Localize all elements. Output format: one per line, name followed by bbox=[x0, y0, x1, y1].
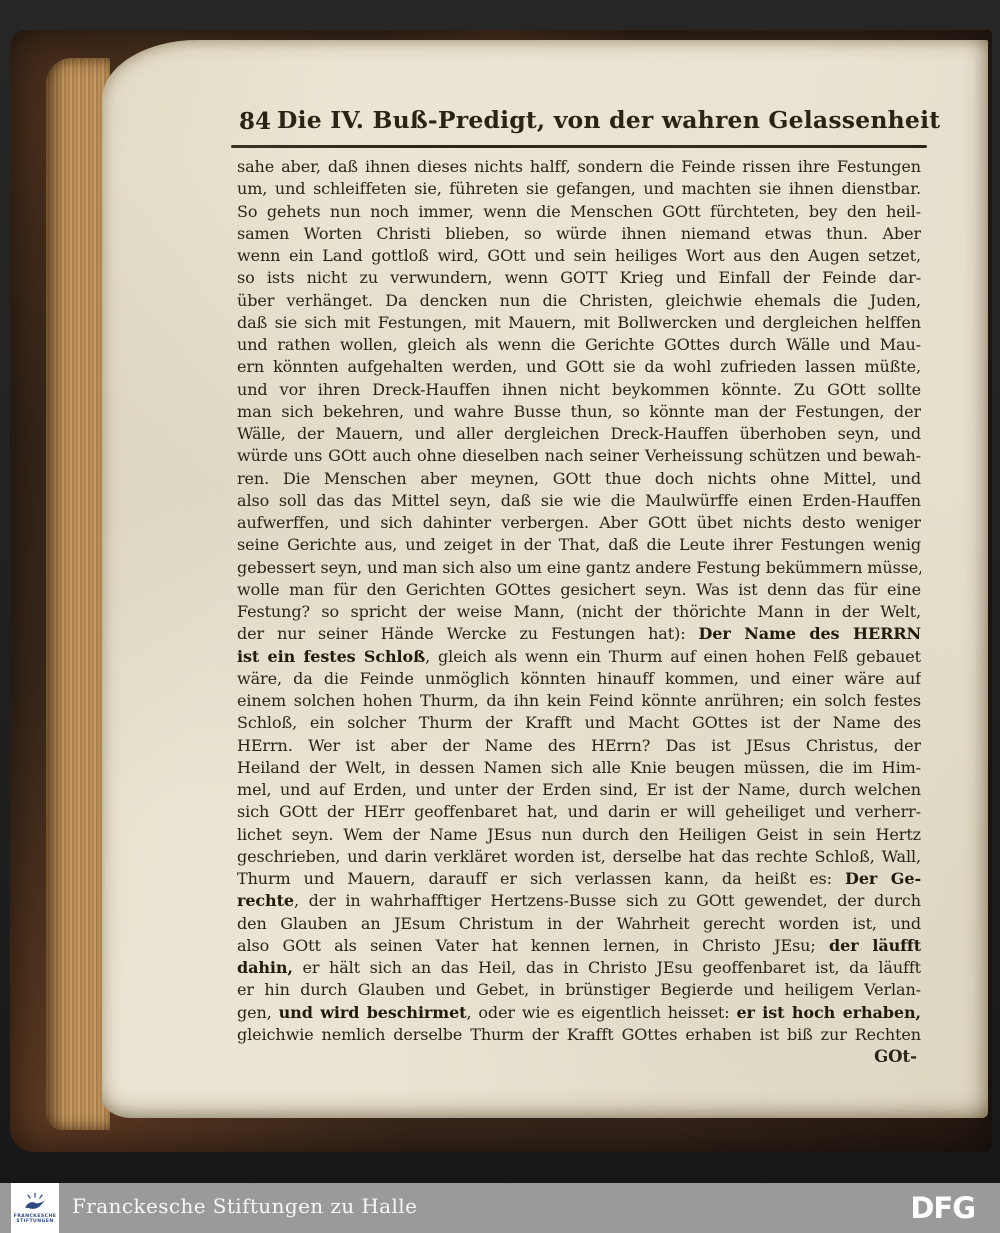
text-line: gen, und wird beschirmet, oder wie es ei… bbox=[237, 1002, 921, 1024]
body-text: daß sie sich mit Festungen, mit Mauern, … bbox=[237, 313, 921, 332]
body-text: wäre, da die Feinde unmöglich könnten hi… bbox=[237, 669, 921, 688]
text-line: lichet seyn. Wem der Name JEsus nun durc… bbox=[237, 824, 921, 846]
body-text: und rathen wollen, gleich als wenn die G… bbox=[237, 335, 921, 354]
text-line: rechte, der in wahrhafftiger Hertzens-Bu… bbox=[237, 890, 921, 912]
text-line: samen Worten Christi blieben, so würde i… bbox=[237, 223, 921, 245]
text-line: er hin durch Glauben und Gebet, in brüns… bbox=[237, 979, 921, 1001]
text-line: also GOtt als seinen Vater hat kennen le… bbox=[237, 935, 921, 957]
text-line: Thurm und Mauern, darauff er sich verlas… bbox=[237, 868, 921, 890]
text-line: Festung? so spricht der weise Mann, (nic… bbox=[237, 601, 921, 623]
text-line: HErrn. Wer ist aber der Name des HErrn? … bbox=[237, 735, 921, 757]
text-line: Wälle, der Mauern, und aller dergleichen… bbox=[237, 423, 921, 445]
body-text: geschrieben, und darin verkläret worden … bbox=[237, 847, 921, 866]
body-text: den Glauben an JEsum Christum in der Wah… bbox=[237, 914, 921, 933]
text-line: sahe aber, daß ihnen dieses nichts halff… bbox=[237, 156, 921, 178]
body-text: der nur seiner Hände Wercke zu Festungen… bbox=[237, 624, 699, 643]
emphasis-text: Der Ge- bbox=[845, 869, 921, 888]
text-line: Heiland der Welt, in dessen Namen sich a… bbox=[237, 757, 921, 779]
library-name-label: Franckesche Stiftungen zu Halle bbox=[72, 1194, 417, 1218]
body-text: Wälle, der Mauern, und aller dergleichen… bbox=[237, 424, 921, 443]
body-text: würde uns GOtt auch ohne dieselben nach … bbox=[237, 446, 921, 465]
franckesche-logo-wordmark: FRANCKESCHE STIFTUNGEN bbox=[14, 1214, 57, 1225]
body-text: Schloß, ein solcher Thurm der Krafft und… bbox=[237, 713, 921, 732]
text-line: daß sie sich mit Festungen, mit Mauern, … bbox=[237, 312, 921, 334]
dfg-logo[interactable]: DFG bbox=[910, 1191, 975, 1225]
text-line: wenn ein Land gottloß wird, GOtt und sei… bbox=[237, 245, 921, 267]
body-text: wenn ein Land gottloß wird, GOtt und sei… bbox=[237, 246, 921, 265]
text-line: der nur seiner Hände Wercke zu Festungen… bbox=[237, 623, 921, 645]
text-line: gleichwie nemlich derselbe Thurm der Kra… bbox=[237, 1024, 921, 1046]
body-text: samen Worten Christi blieben, so würde i… bbox=[237, 224, 921, 243]
body-text: wolle man für den Gerichten GOttes gesic… bbox=[237, 580, 921, 599]
text-line: und rathen wollen, gleich als wenn die G… bbox=[237, 334, 921, 356]
emphasis-text: Der Name des HERRN bbox=[699, 624, 921, 643]
body-text: Festung? so spricht der weise Mann, (nic… bbox=[237, 602, 921, 621]
text-line: mel, und auf Erden, und unter der Erden … bbox=[237, 779, 921, 801]
text-line: würde uns GOtt auch ohne dieselben nach … bbox=[237, 445, 921, 467]
running-head-title: Die IV. Buß-Predigt, von der wahren Gela… bbox=[277, 106, 921, 134]
text-line: ist ein festes Schloß, gleich als wenn e… bbox=[237, 646, 921, 668]
body-text: also soll das das Mittel seyn, daß sie w… bbox=[237, 491, 921, 510]
franckesche-stiftungen-logo[interactable]: FRANCKESCHE STIFTUNGEN bbox=[11, 1183, 59, 1233]
book-page-edges bbox=[46, 58, 110, 1130]
emphasis-text: der läufft bbox=[829, 936, 921, 955]
page-header: 84 Die IV. Buß-Predigt, von der wahren G… bbox=[237, 106, 921, 140]
text-line: sich GOtt der HErr geoffenbaret hat, und… bbox=[237, 801, 921, 823]
body-text: mel, und auf Erden, und unter der Erden … bbox=[237, 780, 921, 799]
body-text: um, und schleiffeten sie, führeten sie g… bbox=[237, 179, 921, 198]
print-area: 84 Die IV. Buß-Predigt, von der wahren G… bbox=[237, 40, 921, 1118]
body-text: und vor ihren Dreck-Hauffen ihnen nicht … bbox=[237, 380, 921, 399]
body-text: er hält sich an das Heil, das in Christo… bbox=[293, 958, 921, 977]
text-line: um, und schleiffeten sie, führeten sie g… bbox=[237, 178, 921, 200]
text-line: Schloß, ein solcher Thurm der Krafft und… bbox=[237, 712, 921, 734]
body-text: , oder wie es eigentlich heisset: bbox=[466, 1003, 736, 1022]
viewer-footer-bar: FRANCKESCHE STIFTUNGEN Franckesche Stift… bbox=[0, 1183, 1000, 1233]
emphasis-text: dahin, bbox=[237, 958, 293, 977]
viewer-canvas: { "page": { "number": "84", "header_titl… bbox=[0, 0, 1000, 1233]
body-text: gebessert seyn, und man sich also um ein… bbox=[237, 558, 921, 577]
emphasis-text: rechte bbox=[237, 891, 294, 910]
eagle-sun-emblem-icon bbox=[23, 1192, 47, 1212]
body-text: HErrn. Wer ist aber der Name des HErrn? … bbox=[237, 736, 921, 755]
text-line: dahin, er hält sich an das Heil, das in … bbox=[237, 957, 921, 979]
text-line: gebessert seyn, und man sich also um ein… bbox=[237, 557, 921, 579]
body-text: man sich bekehren, und wahre Busse thun,… bbox=[237, 402, 921, 421]
text-line: ren. Die Menschen aber meynen, GOtt thue… bbox=[237, 468, 921, 490]
text-line: so ists nicht zu verwundern, wenn GOTT K… bbox=[237, 267, 921, 289]
text-line: den Glauben an JEsum Christum in der Wah… bbox=[237, 913, 921, 935]
body-text: einem solchen hohen Thurm, da ihn kein F… bbox=[237, 691, 921, 710]
body-text: seine Gerichte aus, und zeiget in der Th… bbox=[237, 535, 921, 554]
emphasis-text: und wird beschirmet bbox=[279, 1003, 467, 1022]
text-block: sahe aber, daß ihnen dieses nichts halff… bbox=[237, 156, 921, 1068]
text-line: seine Gerichte aus, und zeiget in der Th… bbox=[237, 534, 921, 556]
body-text: gen, bbox=[237, 1003, 279, 1022]
body-text: sich GOtt der HErr geoffenbaret hat, und… bbox=[237, 802, 921, 821]
body-text: ern könnten aufgehalten werden, und GOtt… bbox=[237, 357, 921, 376]
body-text: ren. Die Menschen aber meynen, GOtt thue… bbox=[237, 469, 921, 488]
body-text: über verhänget. Da dencken nun die Chris… bbox=[237, 291, 921, 310]
scanned-page: 84 Die IV. Buß-Predigt, von der wahren G… bbox=[102, 40, 988, 1118]
body-text: , der in wahrhafftiger Hertzens-Busse si… bbox=[294, 891, 921, 910]
body-text: So gehets nun noch immer, wenn die Mensc… bbox=[237, 202, 921, 221]
text-line: über verhänget. Da dencken nun die Chris… bbox=[237, 290, 921, 312]
text-line: geschrieben, und darin verkläret worden … bbox=[237, 846, 921, 868]
body-text: , gleich als wenn ein Thurm auf einen ho… bbox=[425, 647, 921, 666]
text-line: und vor ihren Dreck-Hauffen ihnen nicht … bbox=[237, 379, 921, 401]
emphasis-text: ist ein festes Schloß bbox=[237, 647, 425, 666]
text-line: wolle man für den Gerichten GOttes gesic… bbox=[237, 579, 921, 601]
header-rule bbox=[231, 145, 927, 148]
page-number: 84 bbox=[239, 108, 271, 135]
text-line: aufwerffen, und sich dahinter verbergen.… bbox=[237, 512, 921, 534]
text-line: also soll das das Mittel seyn, daß sie w… bbox=[237, 490, 921, 512]
text-line: ern könnten aufgehalten werden, und GOtt… bbox=[237, 356, 921, 378]
body-text: Heiland der Welt, in dessen Namen sich a… bbox=[237, 758, 921, 777]
text-line: einem solchen hohen Thurm, da ihn kein F… bbox=[237, 690, 921, 712]
text-line: wäre, da die Feinde unmöglich könnten hi… bbox=[237, 668, 921, 690]
body-text: aufwerffen, und sich dahinter verbergen.… bbox=[237, 513, 921, 532]
text-line: man sich bekehren, und wahre Busse thun,… bbox=[237, 401, 921, 423]
body-text: so ists nicht zu verwundern, wenn GOTT K… bbox=[237, 268, 921, 287]
catchword: GOt- bbox=[237, 1046, 921, 1068]
body-text: gleichwie nemlich derselbe Thurm der Kra… bbox=[237, 1025, 921, 1044]
body-text: lichet seyn. Wem der Name JEsus nun durc… bbox=[237, 825, 921, 844]
body-text: Thurm und Mauern, darauff er sich verlas… bbox=[237, 869, 845, 888]
body-text: also GOtt als seinen Vater hat kennen le… bbox=[237, 936, 829, 955]
text-line: So gehets nun noch immer, wenn die Mensc… bbox=[237, 201, 921, 223]
emphasis-text: er ist hoch erhaben, bbox=[736, 1003, 921, 1022]
body-text: er hin durch Glauben und Gebet, in brüns… bbox=[237, 980, 921, 999]
body-text: sahe aber, daß ihnen dieses nichts halff… bbox=[237, 157, 921, 176]
